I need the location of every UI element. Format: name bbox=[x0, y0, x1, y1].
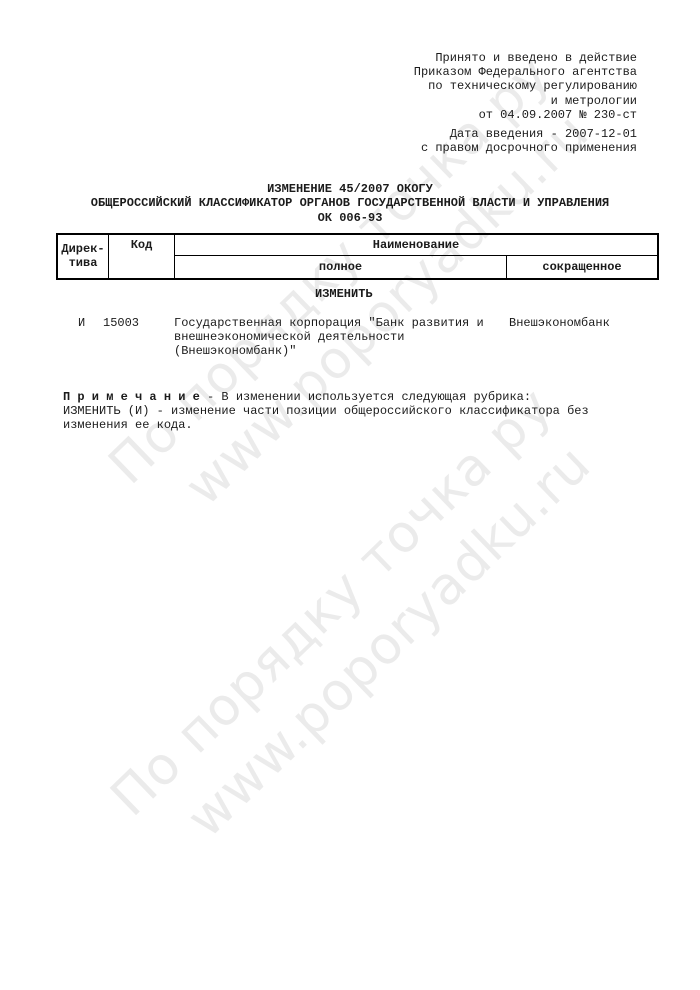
table-header-row-1: Дирек- тива Код Наименование bbox=[57, 234, 658, 256]
title-line-1: ИЗМЕНЕНИЕ 45/2007 ОКОГУ bbox=[0, 182, 700, 196]
approval-line: и метрологии bbox=[414, 94, 637, 108]
approval-line: по техническому регулированию bbox=[414, 79, 637, 93]
note-block: П р и м е ч а н и е - В изменении исполь… bbox=[63, 390, 628, 433]
note-body: ИЗМЕНИТЬ (И) - изменение части позиции о… bbox=[63, 404, 628, 432]
note-first-line: П р и м е ч а н и е - В изменении исполь… bbox=[63, 390, 628, 404]
document-page: По порядку точка ру www.poporyadku.ru По… bbox=[0, 0, 700, 990]
header-short-name: сокращенное bbox=[507, 256, 659, 280]
note-label: П р и м е ч а н и е bbox=[63, 390, 200, 404]
entry-short-name-value: Внешэкономбанк bbox=[509, 316, 610, 330]
approval-line: Принято и введено в действие bbox=[414, 51, 637, 65]
entry-full-name-value: Государственная корпорация "Банк развити… bbox=[174, 316, 514, 358]
entry-code-value: 15003 bbox=[103, 316, 139, 330]
header-code: Код bbox=[109, 234, 175, 279]
approval-block: Принято и введено в действие Приказом Фе… bbox=[414, 51, 637, 155]
introduction-date-line: Дата введения - 2007-12-01 bbox=[414, 127, 637, 141]
approval-line: от 04.09.2007 № 230-ст bbox=[414, 108, 637, 122]
header-full-name: полное bbox=[175, 256, 507, 280]
header-name: Наименование bbox=[175, 234, 659, 256]
document-title: ИЗМЕНЕНИЕ 45/2007 ОКОГУ ОБЩЕРОССИЙСКИЙ К… bbox=[0, 182, 700, 225]
note-intro: - В изменении используется следующая руб… bbox=[200, 390, 531, 404]
header-directive: Дирек- тива bbox=[57, 234, 109, 279]
early-application-line: с правом досрочного применения bbox=[414, 141, 637, 155]
title-line-3: ОК 006-93 bbox=[0, 211, 700, 225]
classifier-table: Дирек- тива Код Наименование полное сокр… bbox=[56, 233, 659, 280]
title-line-2: ОБЩЕРОССИЙСКИЙ КЛАССИФИКАТОР ОРГАНОВ ГОС… bbox=[0, 196, 700, 210]
entry-directive-value: И bbox=[78, 316, 85, 330]
approval-line: Приказом Федерального агентства bbox=[414, 65, 637, 79]
section-label: ИЗМЕНИТЬ bbox=[315, 287, 373, 301]
